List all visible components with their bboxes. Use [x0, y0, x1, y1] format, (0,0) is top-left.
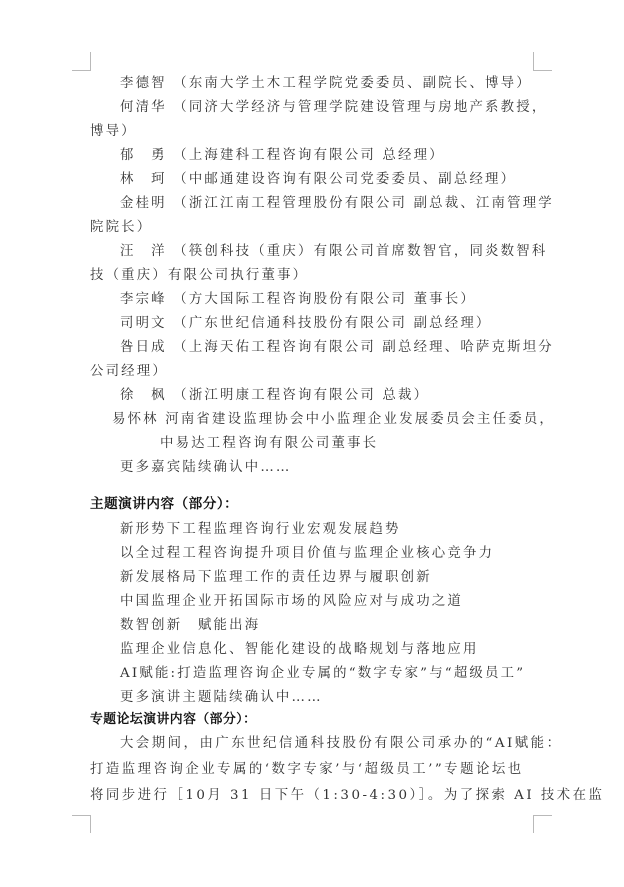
guest-name: 林 珂	[120, 170, 167, 190]
forum-paragraph-line: 将同步进行［10月 31 日下午（1:30-4:30）］。为了探索 AI 技术在…	[90, 786, 604, 806]
guest-desc: （东南大学土木工程学院党委委员、副院长、博导）	[173, 76, 532, 91]
guest-line: 徐 枫 （浙江明康工程咨询有限公司 总裁）	[120, 386, 429, 406]
corner-mark-bottom-right-h	[533, 815, 552, 816]
guest-desc-continuation: 公司经理）	[90, 362, 168, 382]
guest-name: 昝日成	[120, 338, 167, 358]
guest-line: 昝日成 （上海天佑工程咨询有限公司 副总经理、哈萨克斯坦分	[120, 338, 554, 358]
guest-name: 郁 勇	[120, 146, 167, 166]
guest-line: 汪 洋 （筷创科技（重庆）有限公司首席数智官，同炎数智科	[120, 242, 547, 262]
guest-desc: （上海建科工程咨询有限公司 总经理）	[173, 148, 445, 163]
keynote-item: 中国监理企业开拓国际市场的风险应对与成功之道	[120, 592, 463, 612]
forum-heading: 专题论坛演讲内容（部分）：	[90, 710, 256, 730]
keynote-item: 新形势下工程监理咨询行业宏观发展趋势	[120, 520, 401, 540]
corner-mark-bottom-left-h	[72, 815, 91, 816]
keynote-item: 以全过程工程咨询提升项目价值与监理企业核心竞争力	[120, 544, 494, 564]
guest-line: 司明文 （广东世纪信通科技股份有限公司 副总经理）	[120, 314, 492, 334]
guest-line: 易怀林 河南省建设监理协会中小监理企业发展委员会主任委员，	[112, 410, 555, 430]
guest-desc: （广东世纪信通科技股份有限公司 副总经理）	[173, 316, 491, 331]
guest-line: 何清华 （同济大学经济与管理学院建设管理与房地产系教授，	[120, 98, 547, 118]
guest-name: 徐 枫	[120, 386, 167, 406]
guest-line: 郁 勇 （上海建科工程咨询有限公司 总经理）	[120, 146, 445, 166]
guest-name: 汪 洋	[120, 242, 167, 262]
guest-desc: （浙江明康工程咨询有限公司 总裁）	[173, 388, 429, 403]
guest-desc-continuation: 中易达工程咨询有限公司董事长	[160, 434, 378, 454]
guest-desc: （浙江江南工程管理股份有限公司 副总裁、江南管理学	[173, 196, 554, 211]
guest-name: 李德智	[120, 74, 167, 94]
guest-name: 易怀林	[112, 410, 159, 430]
guest-desc-continuation: 技（重庆）有限公司执行董事）	[90, 266, 308, 286]
guest-name: 金桂明	[120, 194, 167, 214]
corner-mark-top-left-v	[90, 52, 91, 70]
guest-line: 李德智 （东南大学土木工程学院党委委员、副院长、博导）	[120, 74, 532, 94]
guests-more-note: 更多嘉宾陆续确认中……	[120, 458, 292, 478]
keynote-heading: 主题演讲内容（部分）：	[90, 494, 238, 514]
guest-line: 林 珂 （中邮通建设咨询有限公司党委委员、副总经理）	[120, 170, 516, 190]
guest-desc-continuation: 院院长）	[90, 218, 152, 238]
keynote-item: 更多演讲主题陆续确认中……	[120, 688, 323, 708]
guest-desc: （上海天佑工程咨询有限公司 副总经理、哈萨克斯坦分	[173, 340, 554, 355]
keynote-item: 监理企业信息化、智能化建设的战略规划与落地应用	[120, 640, 479, 660]
keynote-item: 数智创新 赋能出海	[120, 616, 260, 636]
guest-desc: （同济大学经济与管理学院建设管理与房地产系教授，	[173, 100, 547, 115]
guest-desc: （筷创科技（重庆）有限公司首席数智官，同炎数智科	[173, 244, 547, 259]
guest-line: 李宗峰 （方大国际工程咨询股份有限公司 董事长）	[120, 290, 476, 310]
corner-mark-top-right-h	[533, 70, 552, 71]
corner-mark-bottom-right-v	[533, 815, 534, 833]
keynote-item: AI赋能:打造监理咨询企业专属的“数字专家”与“超级员工”	[120, 664, 525, 684]
guest-name: 李宗峰	[120, 290, 167, 310]
forum-paragraph-line: 大会期间，由广东世纪信通科技股份有限公司承办的“AI赋能：	[120, 734, 562, 754]
guest-name: 司明文	[120, 314, 167, 334]
guest-desc: 河南省建设监理协会中小监理企业发展委员会主任委员，	[165, 412, 555, 427]
keynote-item: 新发展格局下监理工作的责任边界与履职创新	[120, 568, 432, 588]
corner-mark-bottom-left-v	[90, 815, 91, 833]
guest-desc-continuation: 博导）	[90, 122, 137, 142]
corner-mark-top-right-v	[533, 52, 534, 70]
guest-line: 金桂明 （浙江江南工程管理股份有限公司 副总裁、江南管理学	[120, 194, 554, 214]
guest-desc: （方大国际工程咨询股份有限公司 董事长）	[173, 292, 476, 307]
guest-name: 何清华	[120, 98, 167, 118]
forum-paragraph-line: 打造监理咨询企业专属的‘数字专家’与‘超级员工’”专题论坛也	[90, 760, 524, 780]
corner-mark-top-left-h	[72, 70, 91, 71]
guest-desc: （中邮通建设咨询有限公司党委委员、副总经理）	[173, 172, 516, 187]
